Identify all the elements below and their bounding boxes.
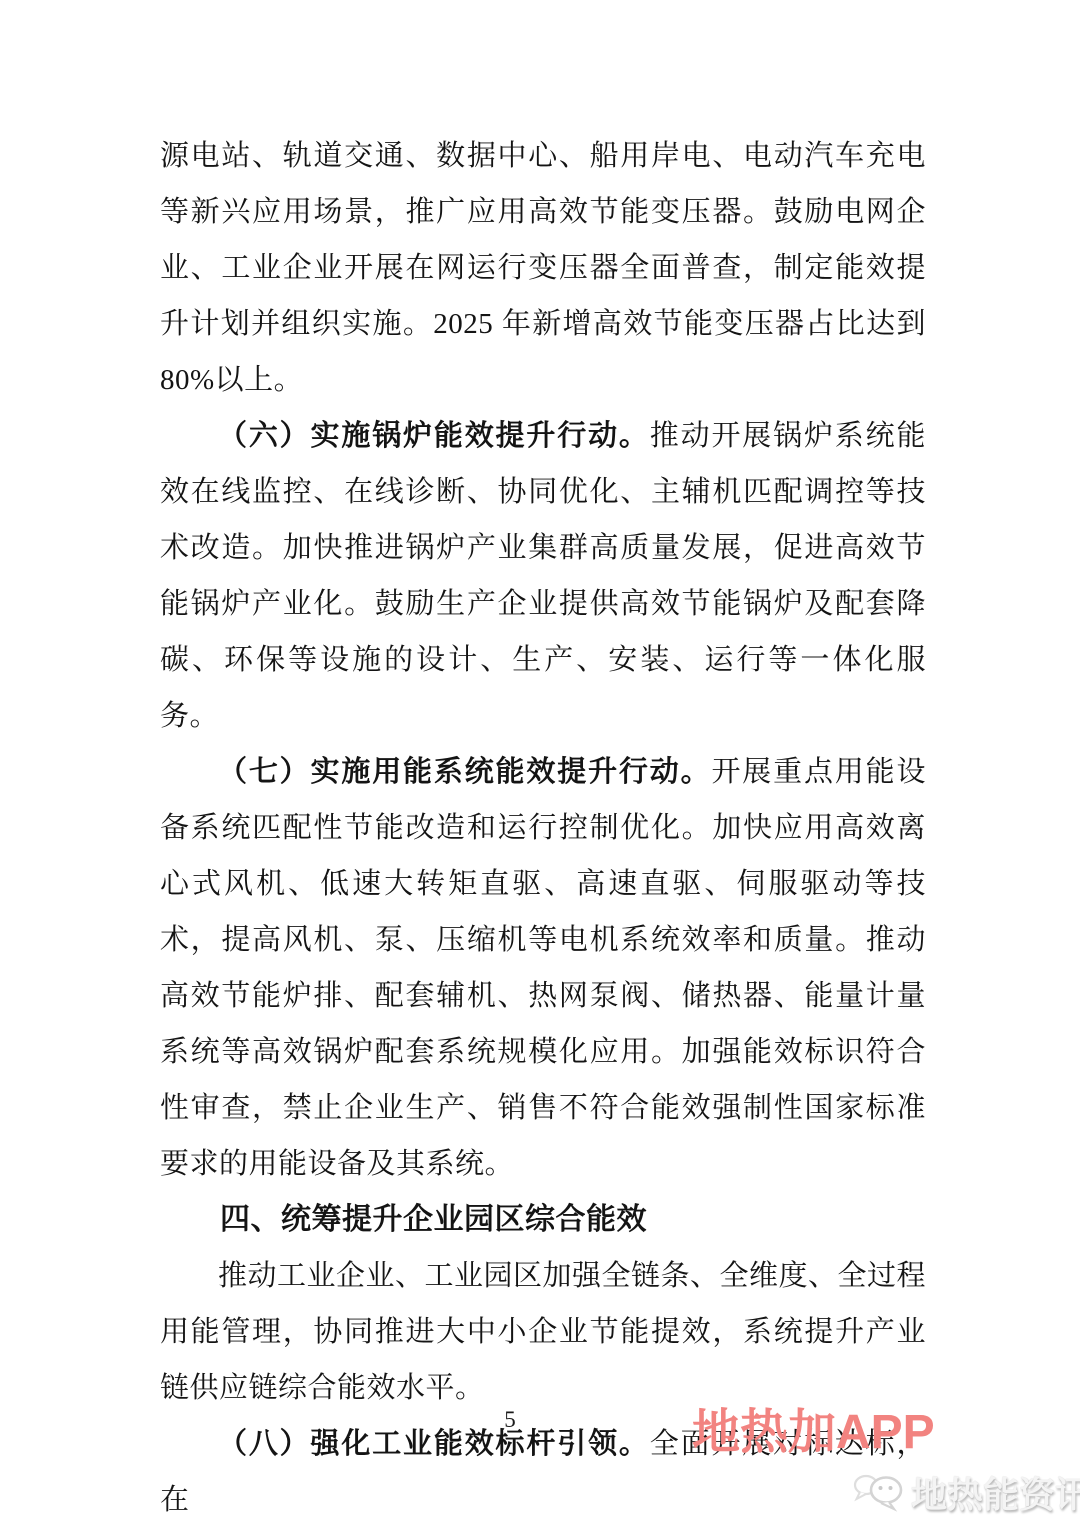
paragraph-text: 开展重点用能设备系统匹配性节能改造和运行控制优化。加快应用高效离心式风机、低速大… (160, 756, 926, 1180)
paragraph-overview: 推动工业企业、工业园区加强全链条、全维度、全过程用能管理，协同推进大中小企业节能… (160, 1248, 926, 1416)
paragraph-text: 源电站、轨道交通、数据中心、船用岸电、电动汽车充电等新兴应用场景，推广应用高效节… (160, 140, 926, 396)
document-page: 源电站、轨道交通、数据中心、船用岸电、电动汽车充电等新兴应用场景，推广应用高效节… (0, 0, 1080, 1527)
channel-watermark: 地热能资讯 (853, 1470, 1080, 1519)
paragraph-continuation: 源电站、轨道交通、数据中心、船用岸电、电动汽车充电等新兴应用场景，推广应用高效节… (160, 128, 926, 408)
wechat-icon (853, 1470, 907, 1519)
paragraph-item-7: （七）实施用能系统能效提升行动。开展重点用能设备系统匹配性节能改造和运行控制优化… (160, 744, 926, 1192)
paragraph-lead: （七）实施用能系统能效提升行动。 (218, 756, 711, 788)
section-heading: 四、统筹提升企业园区综合能效 (160, 1192, 926, 1248)
channel-watermark-label: 地热能资讯 (911, 1471, 1080, 1519)
paragraph-text: 推动开展锅炉系统能效在线监控、在线诊断、协同优化、主辅机匹配调控等技术改造。加快… (160, 420, 926, 732)
paragraph-lead: （六）实施锅炉能效提升行动。 (218, 420, 650, 452)
app-watermark: 地热加APP (692, 1404, 935, 1462)
paragraph-item-6: （六）实施锅炉能效提升行动。推动开展锅炉系统能效在线监控、在线诊断、协同优化、主… (160, 408, 926, 744)
paragraph-text: 推动工业企业、工业园区加强全链条、全维度、全过程用能管理，协同推进大中小企业节能… (160, 1260, 926, 1404)
document-body: 源电站、轨道交通、数据中心、船用岸电、电动汽车充电等新兴应用场景，推广应用高效节… (160, 128, 926, 1527)
